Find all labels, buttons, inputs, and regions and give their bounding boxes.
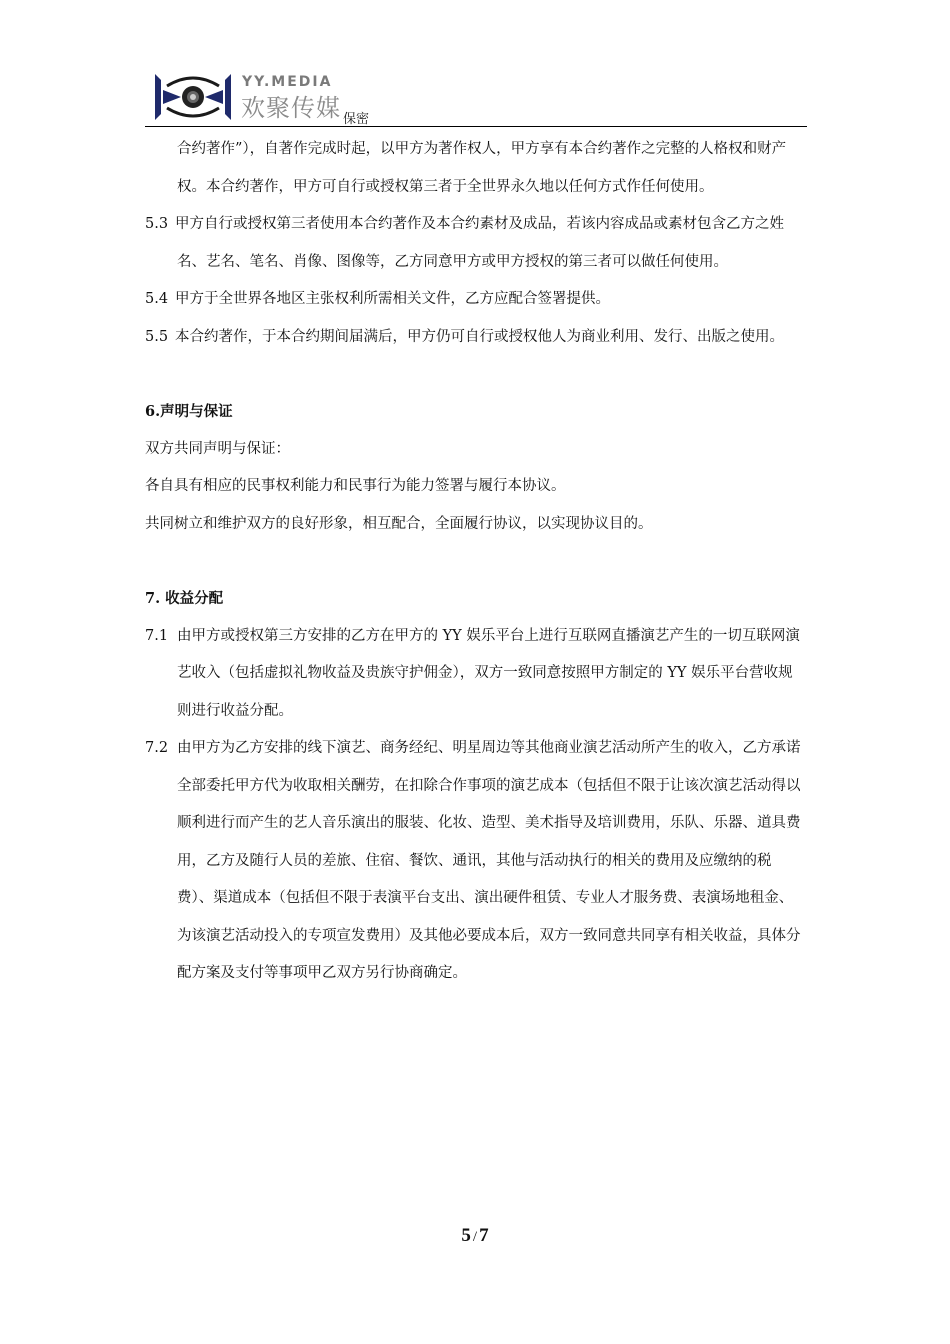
document-body: 合约著作”），自著作完成时起，以甲方为著作权人，甲方享有本合约著作之完整的人格权… [145, 131, 807, 993]
clause-text: 甲方自行或授权第三者使用本合约著作及本合约素材及成品，若该内容成品或素材包含乙方… [175, 216, 784, 270]
statement-line: 双方共同声明与保证： [145, 431, 807, 469]
clause-text: 甲方于全世界各地区主张权利所需相关文件，乙方应配合签署提供。 [175, 291, 610, 307]
page-header: YY.MEDIA 欢聚传媒 保密 [145, 68, 807, 128]
section-heading-7: 7. 收益分配 [145, 580, 807, 618]
page-number: 5/7 [0, 1225, 950, 1247]
clause-7-1: 7.1由甲方或授权第三方安排的乙方在甲方的 YY 娱乐平台上进行互联网直播演艺产… [145, 618, 807, 731]
clause-text: 本合约著作，于本合约期间届满后，甲方仍可自行或授权他人为商业利用、发行、出版之使… [175, 329, 784, 345]
clause-number: 5.3 [145, 206, 175, 244]
clause-number: 5.5 [145, 319, 175, 357]
total-pages: 7 [479, 1225, 489, 1246]
current-page: 5 [461, 1225, 471, 1246]
clause-text: 由甲方为乙方安排的线下演艺、商务经纪、明星周边等其他商业演艺活动所产生的收入，乙… [177, 740, 801, 981]
clause-7-2: 7.2由甲方为乙方安排的线下演艺、商务经纪、明星周边等其他商业演艺活动所产生的收… [145, 730, 807, 993]
section-heading-6: 6.声明与保证 [145, 393, 807, 431]
clause-number: 7.1 [145, 618, 177, 656]
brand-name-chinese: 欢聚传媒 [241, 88, 341, 123]
clause-number: 5.4 [145, 281, 175, 319]
confidential-label: 保密 [343, 108, 369, 127]
header-divider [145, 126, 807, 127]
clause-5-5: 5.5本合约著作，于本合约期间届满后，甲方仍可自行或授权他人为商业利用、发行、出… [145, 319, 807, 357]
clause-text: 由甲方或授权第三方安排的乙方在甲方的 YY 娱乐平台上进行互联网直播演艺产生的一… [177, 628, 800, 719]
clause-5-4: 5.4甲方于全世界各地区主张权利所需相关文件，乙方应配合签署提供。 [145, 281, 807, 319]
page-separator: / [473, 1229, 477, 1245]
yy-media-logo-icon [153, 72, 233, 122]
clause-5-2-continuation: 合约著作”），自著作完成时起，以甲方为著作权人，甲方享有本合约著作之完整的人格权… [145, 131, 807, 206]
statement-line: 各自具有相应的民事权利能力和民事行为能力签署与履行本协议。 [145, 468, 807, 506]
statement-line: 共同树立和维护双方的良好形象，相互配合，全面履行协议，以实现协议目的。 [145, 506, 807, 544]
spacer [145, 543, 807, 580]
spacer [145, 356, 807, 393]
clause-5-3: 5.3甲方自行或授权第三者使用本合约著作及本合约素材及成品，若该内容成品或素材包… [145, 206, 807, 281]
clause-number: 7.2 [145, 730, 177, 768]
